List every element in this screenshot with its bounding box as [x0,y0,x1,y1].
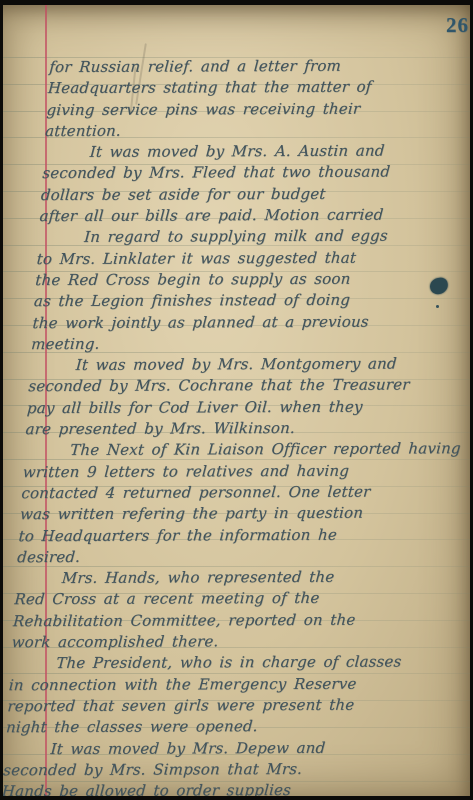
manuscript-line: dollars be set aside for our budget [40,183,461,206]
manuscript-line: giving service pins was receiving their [46,98,467,121]
manuscript-line: after all our bills are paid. Motion car… [39,204,460,227]
manuscript-line: pay all bills for Cod Liver Oil. when th… [26,396,447,419]
manuscript-line: desired. [16,545,437,568]
manuscript-line: in connection with the Emergency Reserve [8,673,429,696]
manuscript-line: seconded by Mrs. Fleed that two thousand [42,162,463,185]
handwritten-text: for Russian relief. and a letter fromHea… [3,55,470,796]
manuscript-line: night the classes were opened. [5,716,426,739]
manuscript-line: meeting. [30,332,451,355]
manuscript-line: Red Cross at a recent meeting of the [14,588,435,611]
manuscript-line: written 9 letters to relatives and havin… [22,460,443,483]
manuscript-line: Mrs. Hands, who represented the [15,566,436,589]
manuscript-line: seconded by Mrs. Simpson that Mrs. [3,758,424,781]
manuscript-line: In regard to supplying milk and eggs [37,226,458,249]
manuscript-line: Headquarters stating that the matter of [47,76,468,99]
manuscript-line: It was moved by Mrs. Montgomery and [29,353,450,376]
manuscript-line: seconded by Mrs. Cochrane that the Treas… [28,375,449,398]
manuscript-line: for Russian relief. and a letter from [49,55,470,78]
manuscript-line: to Mrs. Linklater it was suggested that [36,247,457,270]
scanned-page: 26 for Russian relief. and a letter from… [0,0,473,800]
manuscript-line: work accomplished there. [11,630,432,653]
manuscript-line: attention. [44,119,465,142]
manuscript-line: Rehabilitation Committee, reported on th… [12,609,433,632]
manuscript-line: The Next of Kin Liaison Officer reported… [23,439,444,462]
manuscript-line: as the Legion finishes instead of doing [33,290,454,313]
manuscript-line: to Headquarters for the information he [18,524,439,547]
ink-dot [436,305,439,308]
paper-sheet: 26 for Russian relief. and a letter from… [3,5,470,796]
page-number: 26 [446,13,469,38]
manuscript-line: contacted 4 returned personnel. One lett… [21,481,442,504]
manuscript-line: The President, who is in charge of class… [10,652,431,675]
manuscript-line: reported that seven girls were present t… [7,694,428,717]
manuscript-line: was written refering the party in questi… [19,503,440,526]
manuscript-line: It was moved by Mrs. A. Austin and [43,140,464,163]
manuscript-line: It was moved by Mrs. Depew and [4,737,425,760]
manuscript-line: the Red Cross begin to supply as soon [35,268,456,291]
manuscript-line: the work jointly as planned at a previou… [32,311,453,334]
manuscript-line: are presented by Mrs. Wilkinson. [25,417,446,440]
manuscript-line: Hands be allowed to order supplies [3,779,423,796]
